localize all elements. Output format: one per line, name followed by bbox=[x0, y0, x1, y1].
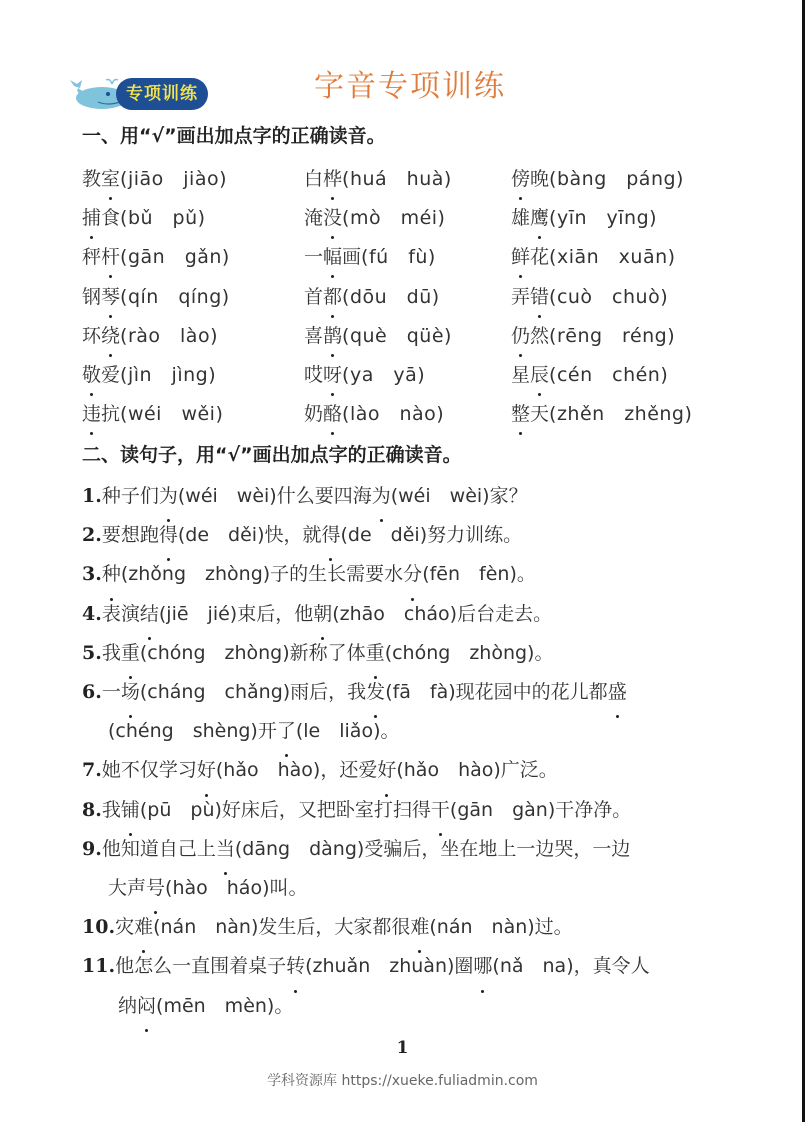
sentence-number: 5. bbox=[82, 634, 102, 673]
word-char: 然 bbox=[530, 325, 549, 347]
sentence-number: 9. bbox=[82, 830, 102, 869]
page-title: 字音专项训练 bbox=[314, 64, 506, 110]
pinyin-options: (gān gǎn) bbox=[120, 246, 230, 268]
sentence-number: 1. bbox=[82, 477, 102, 516]
dotted-char: 盛 bbox=[608, 673, 627, 712]
dotted-char: 呀 bbox=[323, 360, 342, 390]
section-badge: 专项训练 bbox=[64, 70, 224, 112]
grid-row: 敬爱(jìn jìng)哎呀(ya yā)星辰(cén chén) bbox=[82, 360, 762, 399]
sentence-number: 2. bbox=[82, 516, 102, 555]
badge-label: 专项训练 bbox=[116, 78, 208, 110]
dotted-char: 场 bbox=[121, 673, 140, 712]
word-item: 捕食(bǔ pǔ) bbox=[82, 203, 206, 233]
sentence-line: 4.表演结(jiē jié)束后，他朝(zhāo cháo)后台走去。 bbox=[82, 595, 742, 634]
sentence-line: (chéng shèng)开了(le liǎo)。 bbox=[82, 712, 742, 751]
grid-row: 钢琴(qín qíng)首都(dōu dū)弄错(cuò chuò) bbox=[82, 282, 762, 321]
word-char: 白 bbox=[304, 168, 323, 190]
dotted-char: 转 bbox=[286, 947, 305, 986]
word-char: 食 bbox=[101, 207, 120, 229]
dotted-char: 发 bbox=[366, 673, 385, 712]
dotted-char: 捕 bbox=[82, 203, 101, 233]
page-number: 1 bbox=[0, 1038, 805, 1058]
sentence-text: (de děi)快，就 bbox=[178, 524, 322, 546]
dotted-char: 为 bbox=[159, 477, 178, 516]
dotted-char: 桦 bbox=[323, 164, 342, 194]
dotted-char: 都 bbox=[323, 282, 342, 312]
word-char: 星 bbox=[511, 364, 530, 386]
pinyin-options: (jiāo jiào) bbox=[120, 168, 227, 190]
word-pinyin-grid: 教室(jiāo jiào)白桦(huá huà)傍晚(bàng páng)捕食(… bbox=[82, 164, 762, 438]
sentence-number: 6. bbox=[82, 673, 102, 712]
sentence-text: 他怎么一直围着桌子 bbox=[115, 955, 286, 977]
pinyin-options: (fú fù) bbox=[361, 246, 436, 268]
dotted-char: 室 bbox=[101, 164, 120, 194]
dotted-char: 鹰 bbox=[530, 203, 549, 233]
sentence-text: (hǎo hào)，还爱 bbox=[216, 759, 377, 781]
word-char: 哎 bbox=[304, 364, 323, 386]
word-char: 爱 bbox=[101, 364, 120, 386]
dotted-char: 难 bbox=[410, 908, 429, 947]
sentence-text: (chóng zhòng)。 bbox=[385, 642, 554, 664]
sentence-line: 9.他知道自己上当(dāng dàng)受骗后，坐在地上一边哭，一边 bbox=[82, 830, 742, 869]
dotted-char: 绕 bbox=[101, 321, 120, 351]
word-char: 淹 bbox=[304, 207, 323, 229]
word-item: 喜鹊(què qüè) bbox=[304, 321, 452, 351]
word-item: 环绕(rào lào) bbox=[82, 321, 218, 351]
word-char: 环 bbox=[82, 325, 101, 347]
sentence-text: 要想跑 bbox=[102, 524, 159, 546]
sentence-number: 11. bbox=[82, 947, 115, 986]
dotted-char: 干 bbox=[431, 791, 450, 830]
sentence-text: (hǎo hào)广泛。 bbox=[396, 759, 557, 781]
sentence-text: 我 bbox=[102, 642, 121, 664]
section1-title: 一、用“√”画出加点字的正确读音。 bbox=[82, 122, 386, 150]
sentence-line: 2.要想跑得(de děi)快，就得(de děi)努力训练。 bbox=[82, 516, 742, 555]
dotted-char: 闷 bbox=[137, 987, 156, 1026]
word-char: 秤 bbox=[82, 246, 101, 268]
sentence-text: (zhuǎn zhuàn)圈 bbox=[305, 955, 473, 977]
sentence-text: 我 bbox=[102, 799, 121, 821]
dotted-char: 难 bbox=[134, 908, 153, 947]
dotted-char: 杆 bbox=[101, 242, 120, 272]
dotted-char: 重 bbox=[366, 634, 385, 673]
pinyin-options: (xiān xuān) bbox=[549, 246, 676, 268]
sentence-text: (wéi wèi)家？ bbox=[391, 485, 528, 507]
dotted-char: 为 bbox=[372, 477, 391, 516]
word-item: 白桦(huá huà) bbox=[304, 164, 452, 194]
dotted-char: 琴 bbox=[101, 282, 120, 312]
word-item: 傍晚(bàng páng) bbox=[511, 164, 684, 194]
word-item: 鲜花(xiān xuān) bbox=[511, 242, 676, 272]
pinyin-options: (ya yā) bbox=[342, 364, 425, 386]
word-char: 弄 bbox=[511, 286, 530, 308]
word-item: 违抗(wéi wěi) bbox=[82, 399, 223, 429]
grid-row: 违抗(wéi wěi)奶酪(lào nào)整天(zhěn zhěng) bbox=[82, 399, 762, 438]
pinyin-options: (rào lào) bbox=[120, 325, 218, 347]
sentence-text: (de děi)努力训练。 bbox=[341, 524, 523, 546]
word-char: 晚 bbox=[530, 168, 549, 190]
dotted-char: 没 bbox=[323, 203, 342, 233]
word-char: 花 bbox=[530, 246, 549, 268]
dotted-char: 得 bbox=[321, 516, 340, 555]
word-item: 淹没(mò méi) bbox=[304, 203, 445, 233]
sentence-text: 大声 bbox=[108, 877, 146, 899]
word-item: 雄鹰(yīn yīng) bbox=[511, 203, 657, 233]
sentence-number: 4. bbox=[82, 595, 102, 634]
sentence-line: 3.种(zhǒng zhòng)子的生长需要水分(fēn fèn)。 bbox=[82, 555, 742, 594]
dotted-char: 哪 bbox=[473, 947, 492, 986]
dotted-char: 得 bbox=[159, 516, 178, 555]
word-item: 星辰(cén chén) bbox=[511, 360, 668, 390]
word-item: 钢琴(qín qíng) bbox=[82, 282, 230, 312]
dotted-char: 违 bbox=[82, 399, 101, 429]
word-item: 仍然(rēng réng) bbox=[511, 321, 675, 351]
sentence-text: (gān gàn)干净净。 bbox=[450, 799, 631, 821]
sentence-text: 纳 bbox=[118, 995, 137, 1017]
pinyin-options: (jìn jìng) bbox=[120, 364, 216, 386]
page-header: 专项训练 字音专项训练 bbox=[64, 64, 744, 114]
word-char: 抗 bbox=[101, 403, 120, 425]
sentence-text: (mēn mèn)。 bbox=[156, 995, 293, 1017]
word-item: 秤杆(gān gǎn) bbox=[82, 242, 230, 272]
sentence-text: (fēn fèn)。 bbox=[422, 563, 536, 585]
sentence-line: 大声号(hào háo)叫。 bbox=[82, 869, 742, 908]
dotted-char: 结 bbox=[140, 595, 159, 634]
word-item: 首都(dōu dū) bbox=[304, 282, 440, 312]
sentence-number: 7. bbox=[82, 751, 102, 790]
dotted-char: 当 bbox=[216, 830, 235, 869]
sentence-text: (hào háo)叫。 bbox=[165, 877, 307, 899]
dotted-char: 好 bbox=[197, 751, 216, 790]
pinyin-options: (mò méi) bbox=[342, 207, 445, 229]
grid-row: 捕食(bǔ pǔ)淹没(mò méi)雄鹰(yīn yīng) bbox=[82, 203, 762, 242]
sentence-line: 8.我铺(pū pù)好床后，又把卧室打扫得干(gān gàn)干净净。 bbox=[82, 791, 742, 830]
sentence-text: (fā fà)现花园中的花儿都 bbox=[385, 681, 608, 703]
dotted-char: 幅 bbox=[323, 242, 342, 272]
sentence-number: 3. bbox=[82, 555, 102, 594]
sentence-text: (nán nàn)发生后，大家都很 bbox=[153, 916, 410, 938]
word-char: 天 bbox=[530, 403, 549, 425]
sentence-text: (jiē jié)束后，他 bbox=[159, 603, 313, 625]
grid-row: 环绕(rào lào)喜鹊(què qüè)仍然(rēng réng) bbox=[82, 321, 762, 360]
sentence-number: 10. bbox=[82, 908, 115, 947]
sentence-line: 6.一场(cháng chǎng)雨后，我发(fā fà)现花园中的花儿都盛 bbox=[82, 673, 742, 712]
dotted-char: 重 bbox=[121, 634, 140, 673]
sentence-text: (nán nàn)过。 bbox=[429, 916, 572, 938]
pinyin-options: (rēng réng) bbox=[549, 325, 675, 347]
dotted-char: 酪 bbox=[323, 399, 342, 429]
sentence-line: 纳闷(mēn mèn)。 bbox=[82, 987, 742, 1026]
sentence-line: 1.种子们为(wéi wèi)什么要四海为(wéi wèi)家？ bbox=[82, 477, 742, 516]
dotted-char: 整 bbox=[511, 399, 530, 429]
sentence-text: (chéng shèng)开 bbox=[108, 720, 277, 742]
dotted-char: 鲜 bbox=[511, 242, 530, 272]
pinyin-options: (zhěn zhěng) bbox=[549, 403, 692, 425]
word-item: 奶酪(lào nào) bbox=[304, 399, 444, 429]
sentence-text: (dāng dàng)受骗后，坐在地上一边哭，一边 bbox=[235, 838, 630, 860]
word-char: 钢 bbox=[82, 286, 101, 308]
sentence-list: 1.种子们为(wéi wèi)什么要四海为(wéi wèi)家？2.要想跑得(d… bbox=[82, 477, 742, 1026]
dotted-char: 敬 bbox=[82, 360, 101, 390]
word-item: 整天(zhěn zhěng) bbox=[511, 399, 692, 429]
grid-row: 教室(jiāo jiào)白桦(huá huà)傍晚(bàng páng) bbox=[82, 164, 762, 203]
dotted-char: 分 bbox=[403, 555, 422, 594]
word-char: 首 bbox=[304, 286, 323, 308]
word-item: 弄错(cuò chuò) bbox=[511, 282, 668, 312]
dotted-char: 傍 bbox=[511, 164, 530, 194]
dotted-char: 辰 bbox=[530, 360, 549, 390]
sentence-text: 他知道自己上 bbox=[102, 838, 216, 860]
sentence-line: 10.灾难(nán nàn)发生后，大家都很难(nán nàn)过。 bbox=[82, 908, 742, 947]
pinyin-options: (huá huà) bbox=[342, 168, 452, 190]
dotted-char: 朝 bbox=[313, 595, 332, 634]
word-char: 画 bbox=[342, 246, 361, 268]
sentence-line: 7.她不仅学习好(hǎo hào)，还爱好(hǎo hào)广泛。 bbox=[82, 751, 742, 790]
pinyin-options: (bǔ pǔ) bbox=[120, 207, 206, 229]
pinyin-options: (cén chén) bbox=[549, 364, 668, 386]
pinyin-options: (lào nào) bbox=[342, 403, 444, 425]
word-item: 一幅画(fú fù) bbox=[304, 242, 436, 272]
pinyin-options: (què qüè) bbox=[342, 325, 452, 347]
watermark: 学科资源库 https://xueke.fuliadmin.com bbox=[0, 1070, 805, 1090]
dotted-char: 了 bbox=[277, 712, 296, 751]
section2-title: 二、读句子，用“√”画出加点字的正确读音。 bbox=[82, 441, 462, 469]
word-char: 教 bbox=[82, 168, 101, 190]
sentence-line: 5.我重(chóng zhòng)新称了体重(chóng zhòng)。 bbox=[82, 634, 742, 673]
word-char: 奶 bbox=[304, 403, 323, 425]
pinyin-options: (wéi wěi) bbox=[120, 403, 223, 425]
dotted-char: 种 bbox=[102, 555, 121, 594]
sentence-text: (cháng chǎng)雨后，我 bbox=[140, 681, 366, 703]
sentence-text: 表演 bbox=[102, 603, 140, 625]
dotted-char: 好 bbox=[377, 751, 396, 790]
pinyin-options: (qín qíng) bbox=[120, 286, 230, 308]
sentence-text: (zhǒng zhòng)子的生长需要水 bbox=[121, 563, 403, 585]
dotted-char: 错 bbox=[530, 282, 549, 312]
dotted-char: 仍 bbox=[511, 321, 530, 351]
sentence-text: (chóng zhòng)新称了体 bbox=[140, 642, 366, 664]
pinyin-options: (dōu dū) bbox=[342, 286, 440, 308]
dotted-char: 号 bbox=[146, 869, 165, 908]
sentence-text: (wéi wèi)什么要四海 bbox=[178, 485, 372, 507]
pinyin-options: (bàng páng) bbox=[549, 168, 684, 190]
grid-row: 秤杆(gān gǎn)一幅画(fú fù)鲜花(xiān xuān) bbox=[82, 242, 762, 281]
sentence-text: 灾 bbox=[115, 916, 134, 938]
sentence-text: 一 bbox=[102, 681, 121, 703]
word-item: 敬爱(jìn jìng) bbox=[82, 360, 216, 390]
word-char: 喜 bbox=[304, 325, 323, 347]
dotted-char: 铺 bbox=[121, 791, 140, 830]
word-char: 雄 bbox=[511, 207, 530, 229]
sentence-text: 种子们 bbox=[102, 485, 159, 507]
pinyin-options: (cuò chuò) bbox=[549, 286, 668, 308]
sentence-number: 8. bbox=[82, 791, 102, 830]
sentence-text: (le liǎo)。 bbox=[296, 720, 400, 742]
sentence-line: 11.他怎么一直围着桌子转(zhuǎn zhuàn)圈哪(nǎ na)，真令人 bbox=[82, 947, 742, 986]
dotted-char: 鹊 bbox=[323, 321, 342, 351]
word-char: 一 bbox=[304, 246, 323, 268]
pinyin-options: (yīn yīng) bbox=[549, 207, 657, 229]
word-item: 教室(jiāo jiào) bbox=[82, 164, 227, 194]
sentence-text: (pū pù)好床后，又把卧室打扫得 bbox=[140, 799, 431, 821]
sentence-text: 她不仅学习 bbox=[102, 759, 197, 781]
word-item: 哎呀(ya yā) bbox=[304, 360, 425, 390]
sentence-text: (nǎ na)，真令人 bbox=[492, 955, 649, 977]
sentence-text: (zhāo cháo)后台走去。 bbox=[332, 603, 552, 625]
